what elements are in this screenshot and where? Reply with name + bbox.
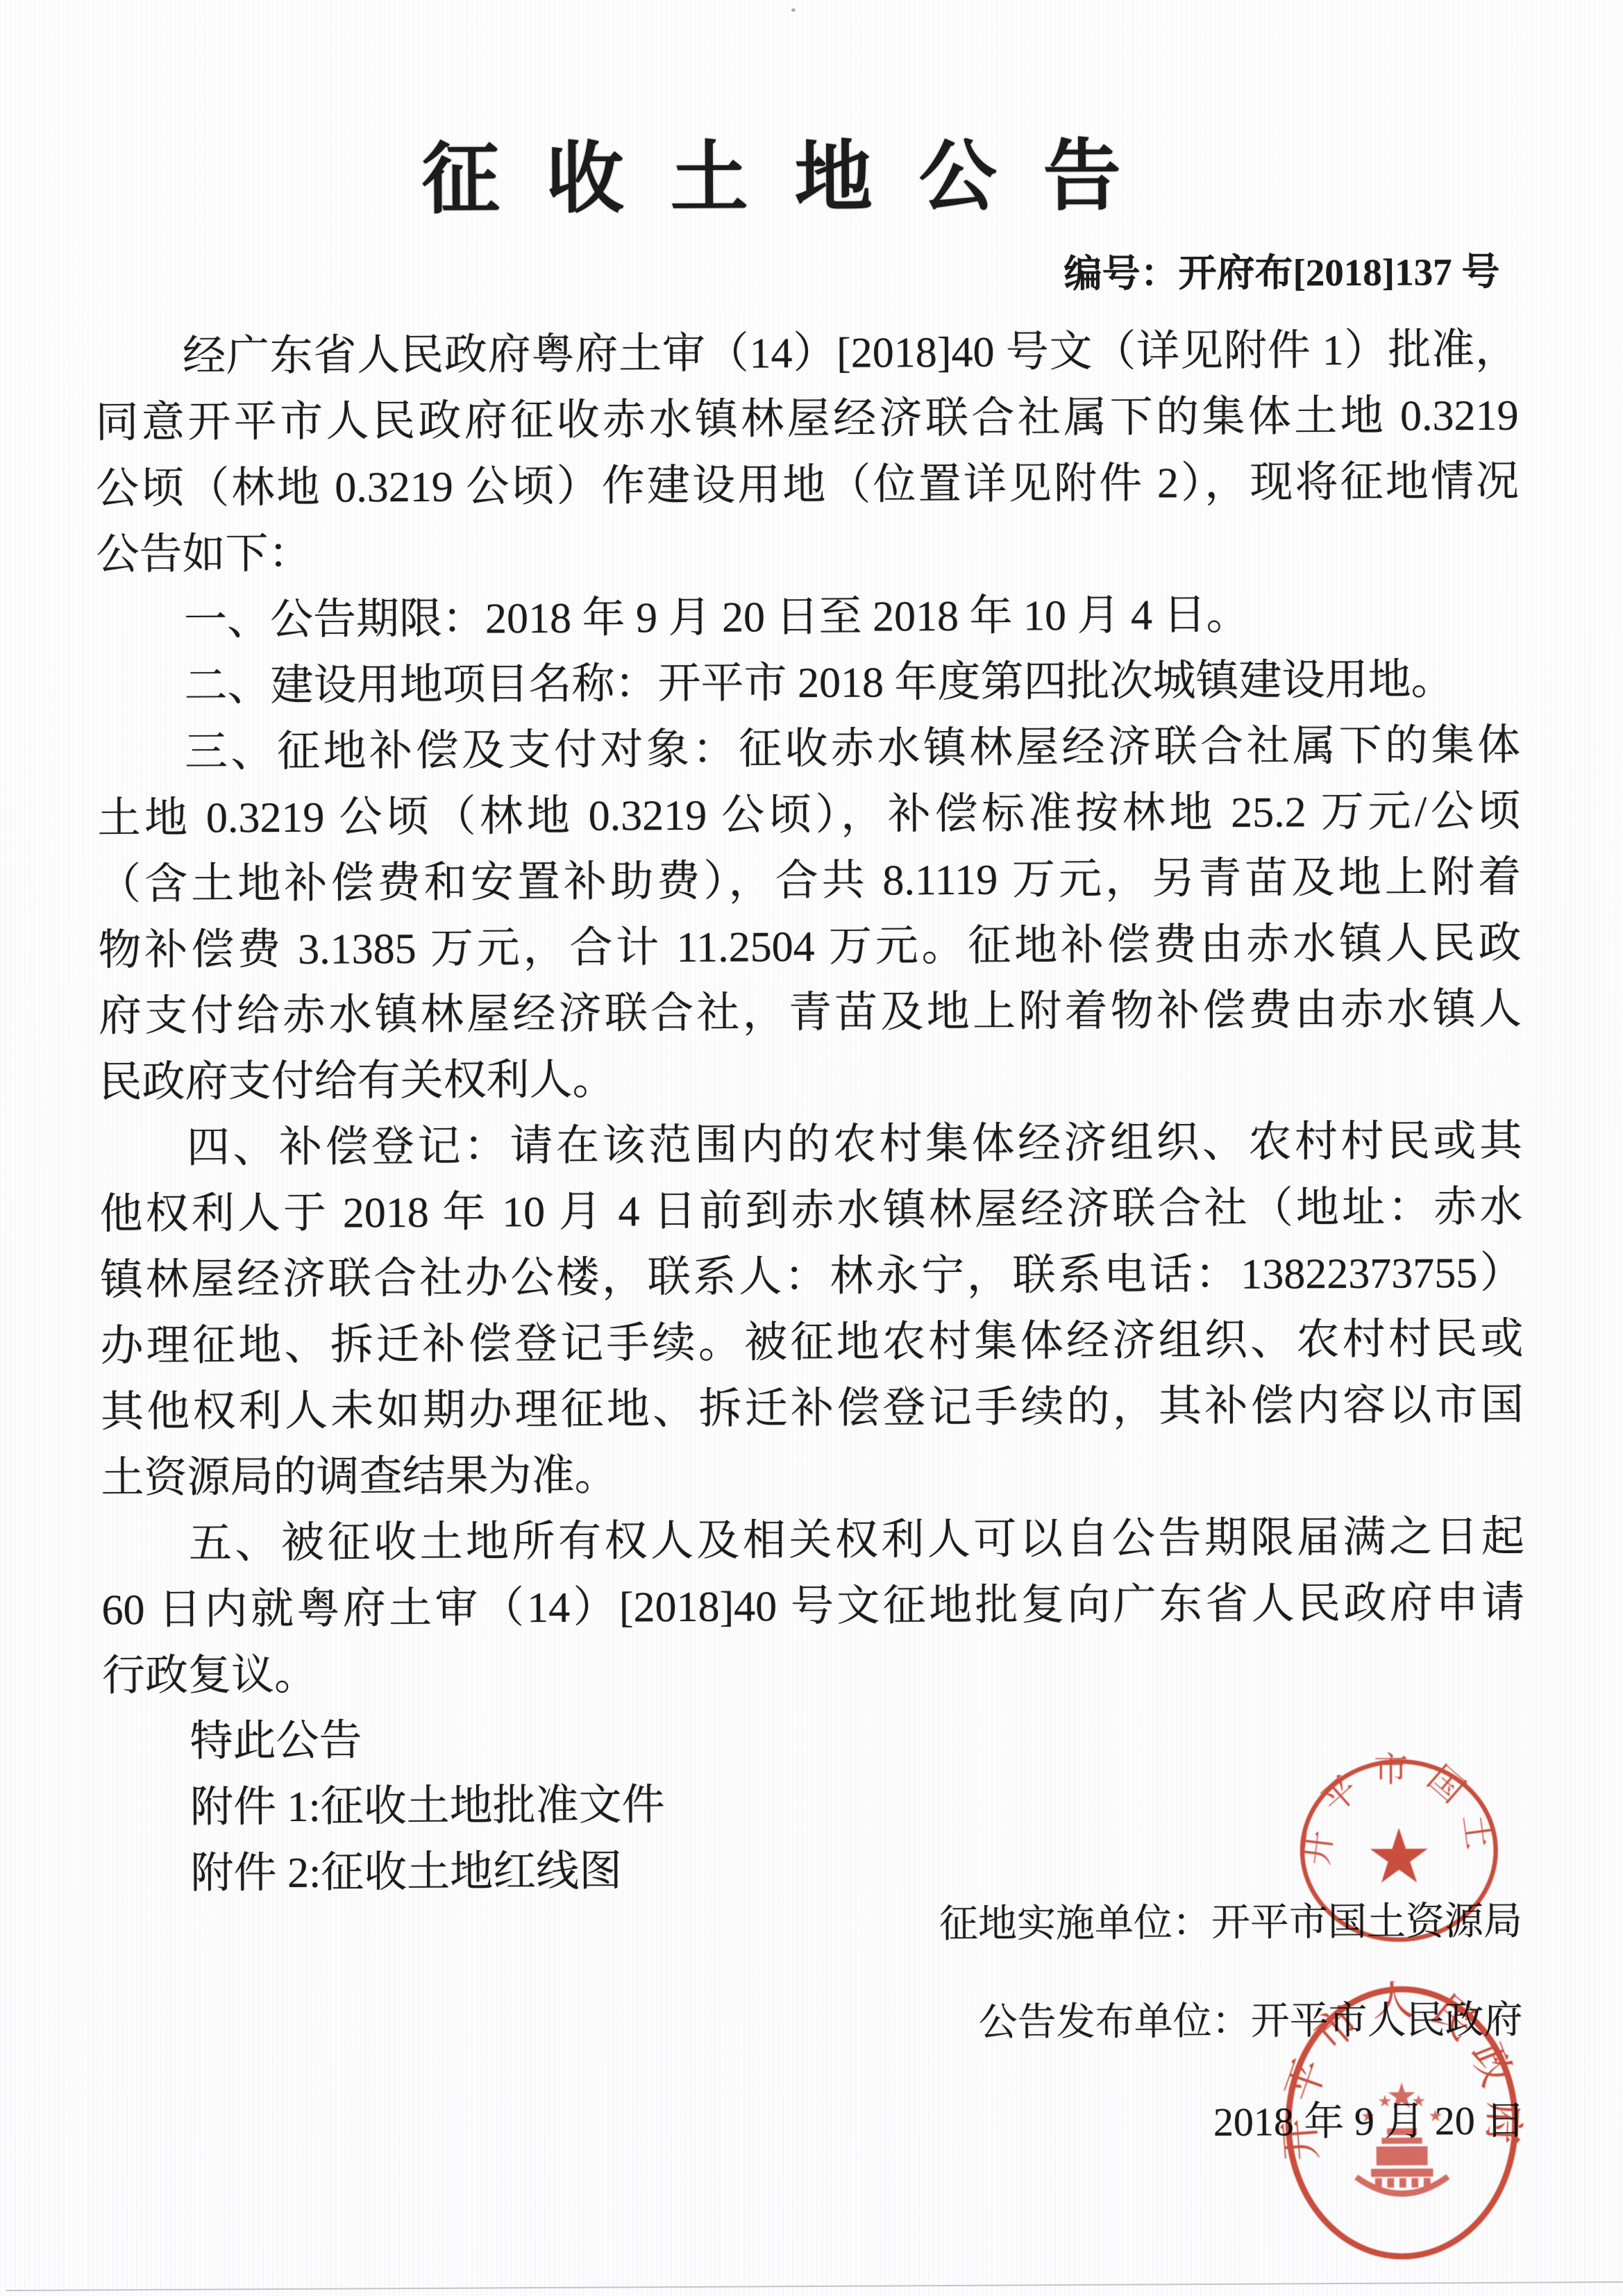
body-line: 四、补偿登记：请在该范围内的农村集体经济组织、农村村民或其 [99, 1109, 1522, 1182]
body-line: 公告如下： [96, 515, 1519, 589]
seal-ring-text: 开平市人民政府 [1279, 1981, 1524, 2163]
body-line: 一、公告期限：2018 年 9 月 20 日至 2018 年 10 月 4 日。 [96, 581, 1520, 655]
svg-text:★: ★ [1377, 2092, 1392, 2111]
body-line: 二、建设用地项目名称：开平市 2018 年度第四批次城镇建设用地。 [96, 647, 1520, 721]
body-text: 经广东省人民政府粤府土审（14）[2018]40 号文（详见附件 1）批准，同意… [95, 317, 1527, 1908]
body-line: 土地 0.3219 公顷（林地 0.3219 公顷），补偿标准按林地 25.2 … [97, 779, 1520, 853]
body-line: 行政复议。 [102, 1636, 1525, 1710]
national-emblem-icon: ★ ★ ★ ★ ★ [1356, 2075, 1448, 2194]
body-line: 府支付给赤水镇林屋经济联合社，青苗及地上附着物补偿费由赤水镇人 [99, 977, 1522, 1050]
doc-number: 编号：开府布[2018]137 号 [1063, 241, 1499, 305]
document-sheet: 征收土地公告 编号：开府布[2018]137 号 经广东省人民政府粤府土审（14… [0, 0, 1623, 2296]
official-seal-land-bureau: 开平市国土资源局 ★ [1284, 1741, 1514, 1959]
star-icon: ★ [1365, 1813, 1433, 1901]
body-line: 同意开平市人民政府征收赤水镇林屋经济联合社属下的集体土地 0.3219 [95, 383, 1518, 457]
body-line: 他权利人于 2018 年 10 月 4 日前到赤水镇林屋经济联合社（地址：赤水 [99, 1175, 1522, 1248]
body-line: 公顷（林地 0.3219 公顷）作建设用地（位置详见附件 2），现将征地情况 [96, 449, 1519, 523]
body-line: 60 日内就粤府土审（14）[2018]40 号文征地批复向广东省人民政府申请 [101, 1570, 1524, 1644]
official-seal-people-government: 开平市人民政府 ★ ★ ★ ★ ★ [1279, 1981, 1524, 2265]
body-line: 三、征地补偿及支付对象：征收赤水镇林屋经济联合社属下的集体 [97, 713, 1520, 787]
body-line: 经广东省人民政府粤府土审（14）[2018]40 号文（详见附件 1）批准， [95, 317, 1518, 391]
page-title: 征收土地公告 [421, 134, 1168, 223]
body-line: 镇林屋经济联合社办公楼，联系人：林永宁，联系电话：13822373755） [100, 1241, 1523, 1314]
body-line: 民政府支付给有关权利人。 [99, 1043, 1522, 1116]
body-line: 五、被征收土地所有权人及相关权利人可以自公告期限届满之日起 [101, 1505, 1524, 1578]
body-line: 其他权利人未如期办理征地、拆迁补偿登记手续的，其补偿内容以市国 [101, 1373, 1524, 1446]
scan-edge-line [6, 2281, 1623, 2291]
body-line: 办理征地、拆迁补偿登记手续。被征地农村集体经济组织、农村村民或 [100, 1307, 1523, 1380]
body-line: （含土地补偿费和安置补助费），合共 8.1119 万元，另青苗及地上附着 [98, 845, 1521, 919]
scanned-announcement-page: 征收土地公告 编号：开府布[2018]137 号 经广东省人民政府粤府土审（14… [0, 0, 1623, 2296]
body-line: 土资源局的调查结果为准。 [101, 1439, 1524, 1512]
svg-text:★: ★ [1411, 2092, 1426, 2111]
body-line: 物补偿费 3.1385 万元，合计 11.2504 万元。征地补偿费由赤水镇人民… [98, 911, 1521, 984]
svg-text:★: ★ [1428, 2106, 1443, 2125]
svg-text:★: ★ [1361, 2107, 1375, 2126]
